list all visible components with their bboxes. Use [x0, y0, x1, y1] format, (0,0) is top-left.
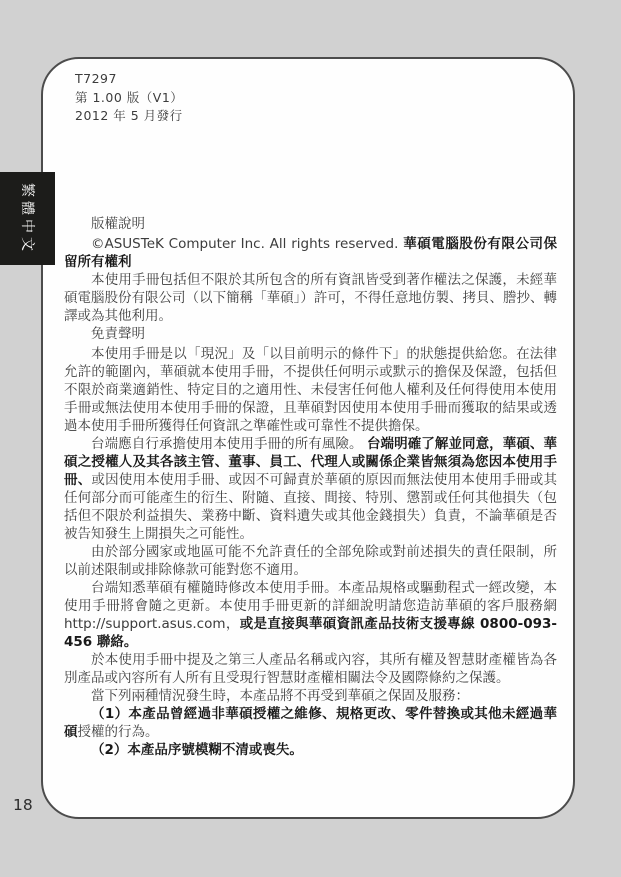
copyright-heading: 版權說明	[64, 215, 557, 233]
copyright-statement: ©ASUSTeK Computer Inc. All rights reserv…	[64, 235, 557, 271]
release-date: 2012 年 5 月發行	[75, 107, 183, 126]
warranty-item-2-bold: （2）本產品序號模糊不清或喪失。	[91, 742, 303, 758]
disclaimer-paragraph-1: 本使用手冊是以「現況」及「以目前明示的條件下」的狀態提供給您。在法律允許的範圍內…	[64, 345, 557, 435]
update-paragraph: 台端知悉華碩有權隨時修改本使用手冊。本產品規格或驅動程式一經改變，本使用手冊將會…	[64, 579, 557, 651]
page-number: 18	[13, 796, 33, 814]
edition-version: 第 1.00 版（V1）	[75, 89, 183, 108]
disclaimer-paragraph-3: 由於部分國家或地區可能不允許責任的全部免除或對前述損失的責任限制，所以前述限制或…	[64, 543, 557, 579]
document-meta: T7297 第 1.00 版（V1） 2012 年 5 月發行	[75, 70, 183, 126]
part-number: T7297	[75, 70, 183, 89]
warranty-intro: 當下列兩種情況發生時，本產品將不再受到華碩之保固及服務：	[64, 687, 557, 705]
disclaimer-p2-lead: 台端應自行承擔使用本使用手冊的所有風險。	[91, 436, 367, 452]
disclaimer-paragraph-2: 台端應自行承擔使用本使用手冊的所有風險。 台端明確了解並同意，華碩、華碩之授權人…	[64, 435, 557, 543]
manual-page: T7297 第 1.00 版（V1） 2012 年 5 月發行 版權說明 ©AS…	[41, 57, 575, 819]
warranty-item-1: （1）本產品曾經過非華碩授權之維修、規格更改、零件替換或其他未經過華碩授權的行為…	[64, 705, 557, 741]
disclaimer-heading: 免責聲明	[64, 325, 557, 343]
language-tab: 繁體中文	[0, 172, 55, 265]
language-tab-label: 繁體中文	[18, 183, 38, 255]
copyright-paragraph: 本使用手冊包括但不限於其所包含的所有資訊皆受到著作權法之保護，未經華碩電腦股份有…	[64, 271, 557, 325]
warranty-item-1-rest: 授權的行為。	[78, 724, 159, 740]
page-content: 版權說明 ©ASUSTeK Computer Inc. All rights r…	[64, 215, 557, 759]
warranty-item-2: （2）本產品序號模糊不清或喪失。	[64, 741, 557, 759]
third-party-paragraph: 於本使用手冊中提及之第三人產品名稱或內容，其所有權及智慧財產權皆為各別產品或內容…	[64, 651, 557, 687]
disclaimer-p2-rest: 或因使用本使用手冊、或因不可歸責於華碩的原因而無法使用本使用手冊或其任何部分而可…	[64, 472, 557, 542]
copyright-statement-en: ©ASUSTeK Computer Inc. All rights reserv…	[91, 236, 403, 252]
screenshot-canvas: T7297 第 1.00 版（V1） 2012 年 5 月發行 版權說明 ©AS…	[0, 0, 621, 877]
